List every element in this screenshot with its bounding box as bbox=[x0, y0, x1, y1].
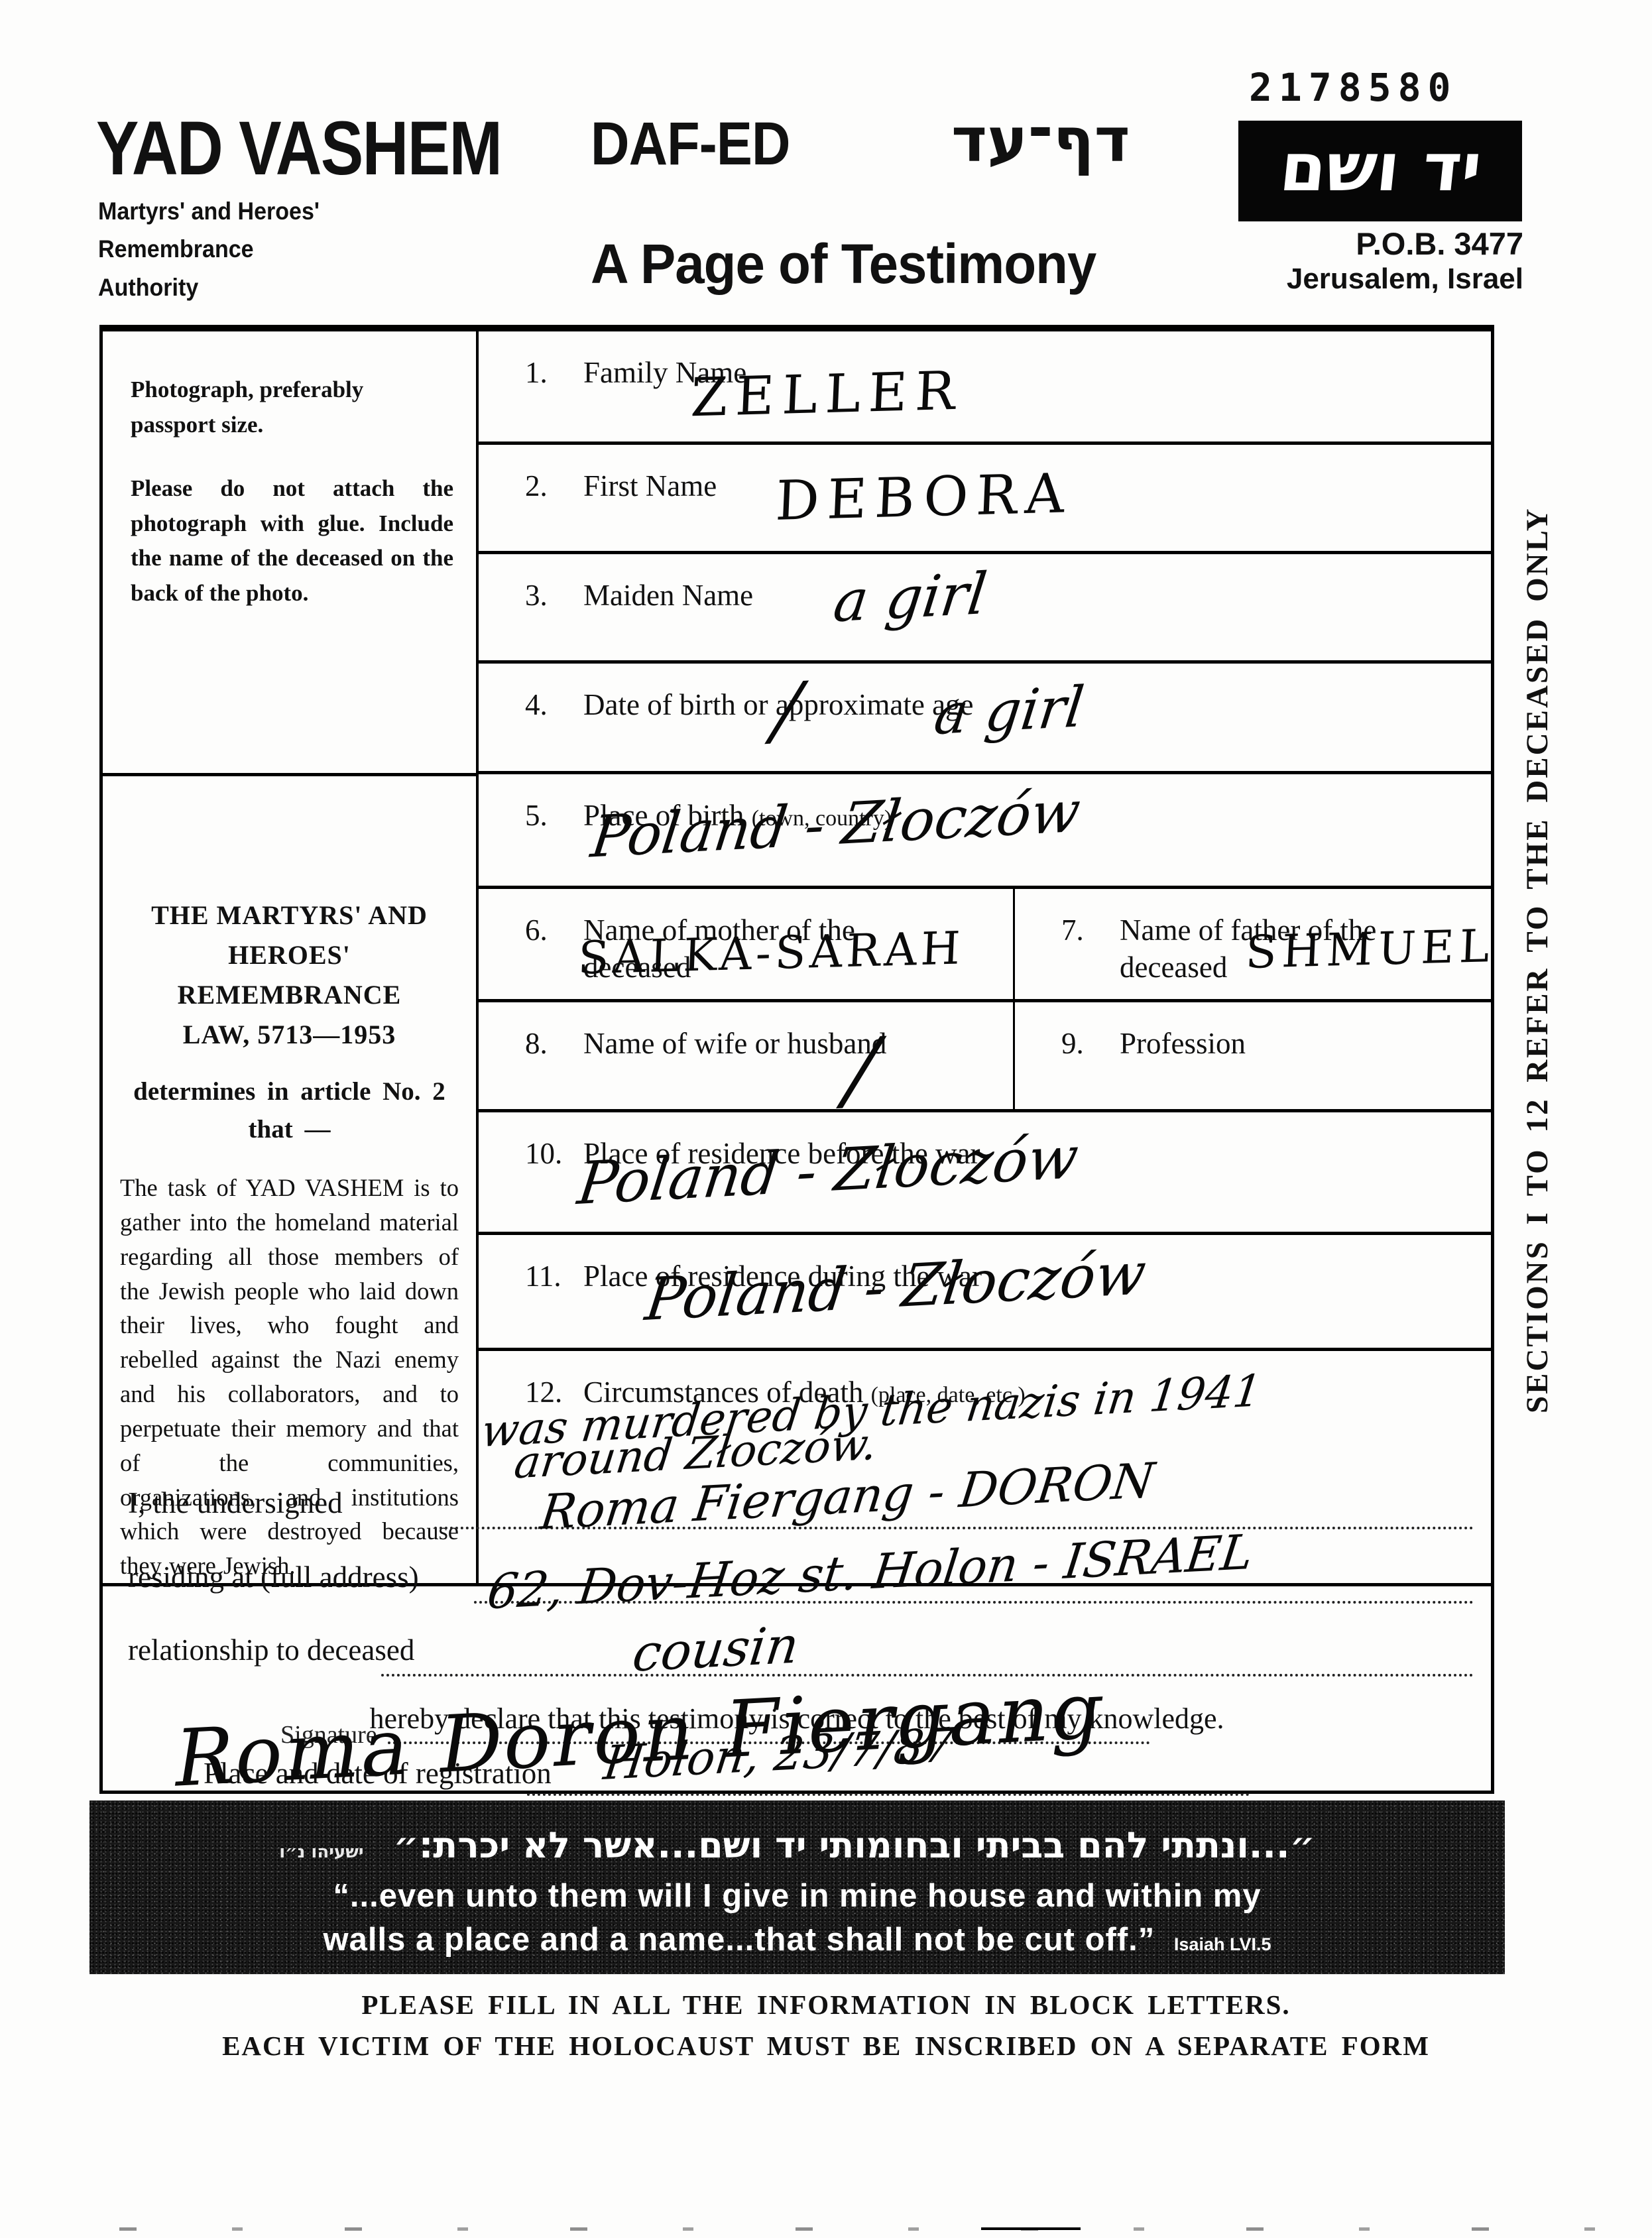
field-number: 10. bbox=[525, 1135, 583, 1172]
handwritten-family-name: ZELLER bbox=[689, 360, 965, 429]
scan-artifact-dashes bbox=[119, 2227, 1612, 2231]
photo-instructions-cell: Photograph, preferably passport size. Pl… bbox=[103, 331, 476, 776]
field-residence-before-war: 10. Place of residence before the war Po… bbox=[479, 1112, 1491, 1235]
handwritten-first-name: DEBORA bbox=[774, 462, 1074, 533]
field-number: 3. bbox=[525, 577, 583, 614]
handwritten-father-name: SHMUEL bbox=[1244, 920, 1496, 979]
org-subtitle: Martyrs' and Heroes' Remembrance Authori… bbox=[98, 192, 320, 306]
banner-english-line2: walls a place and a name...that shall no… bbox=[89, 1921, 1505, 1958]
field-label: First Name bbox=[583, 467, 717, 504]
footer-instruction-2: EACH VICTIM OF THE HOLOCAUST MUST BE INS… bbox=[0, 2030, 1652, 2062]
field-spouse-name: 8. Name of wife or husband / bbox=[479, 1002, 1015, 1109]
yad-vashem-logo: יד ושם bbox=[1238, 121, 1522, 221]
form-left-column: Photograph, preferably passport size. Pl… bbox=[103, 331, 479, 1583]
serial-number: 2178580 bbox=[1249, 65, 1457, 110]
address-label: residing at (full address) bbox=[128, 1560, 419, 1594]
banner-hebrew-line: ״...ונתתי להם בביתי ובחומותי יד ושם...אש… bbox=[89, 1824, 1505, 1866]
field-number: 8. bbox=[525, 1025, 583, 1062]
declaration-section: I, the undersigned Roma Fiergang - DORON… bbox=[99, 1442, 1494, 1794]
org-name: YAD VASHEM bbox=[96, 105, 501, 192]
field-number: 6. bbox=[525, 912, 583, 986]
field-father-name: 7. Name of father of the deceased SHMUEL bbox=[1015, 889, 1491, 999]
field-place-of-birth: 5. Place of birth (town, country) Poland… bbox=[479, 774, 1491, 889]
field-mother-name: 6. Name of mother of the deceased SALKA-… bbox=[479, 889, 1015, 999]
sections-refer-note: SECTIONS I TO 12 REFER TO THE DECEASED O… bbox=[1519, 492, 1555, 1413]
registration-dotted-line bbox=[527, 1793, 1250, 1796]
photo-instruction-1: Photograph, preferably passport size. bbox=[131, 373, 453, 442]
scan-artifact-line bbox=[981, 2227, 1081, 2230]
city-address: Jerusalem, Israel bbox=[1238, 263, 1523, 296]
pob-address: P.O.B. 3477 bbox=[1238, 225, 1523, 262]
field-number: 11. bbox=[525, 1258, 583, 1295]
field-date-of-birth: 4. Date of birth or approximate age / a … bbox=[479, 664, 1491, 774]
handwritten-address: 62, Dov-Hoz st. Holon - ISRAEL bbox=[485, 1523, 1256, 1620]
banner-hebrew-source: ישעיהו נ״ו bbox=[279, 1842, 363, 1862]
page-of-testimony-scan: YAD VASHEM Martyrs' and Heroes' Remembra… bbox=[0, 0, 1652, 2238]
form-code-hebrew: דף־עד bbox=[951, 105, 1130, 176]
handwritten-maiden-name: a girl bbox=[830, 561, 990, 636]
form-code-latin: DAF-ED bbox=[591, 109, 790, 179]
field-profession: 9. Profession bbox=[1015, 1002, 1491, 1109]
field-label: Name of wife or husband bbox=[583, 1025, 886, 1062]
banner-english-source: Isaiah LVI.5 bbox=[1174, 1934, 1271, 1954]
org-subtitle-line: Authority bbox=[98, 268, 320, 306]
scripture-banner: ״...ונתתי להם בביתי ובחומותי יד ושם...אש… bbox=[89, 1800, 1505, 1974]
field-label: Profession bbox=[1120, 1025, 1246, 1062]
handwritten-mother-name: SALKA-SARAH bbox=[577, 922, 965, 984]
field-label: Maiden Name bbox=[583, 577, 753, 614]
field-number: 2. bbox=[525, 467, 583, 504]
form-table: Photograph, preferably passport size. Pl… bbox=[99, 325, 1494, 1586]
field-number: 4. bbox=[525, 686, 583, 723]
banner-hebrew-verse: ״...ונתתי להם בביתי ובחומותי יד ושם...אש… bbox=[393, 1824, 1315, 1866]
banner-english-line1: “...even unto them will I give in mine h… bbox=[89, 1877, 1505, 1914]
page-title: A Page of Testimony bbox=[591, 232, 1096, 296]
handwritten-relationship: cousin bbox=[630, 1615, 802, 1683]
relationship-label: relationship to deceased bbox=[128, 1633, 414, 1667]
field-spouse-profession-row: 8. Name of wife or husband / 9. Professi… bbox=[479, 1002, 1491, 1112]
law-title: THE MARTYRS' AND HEROES' REMEMBRANCE LAW… bbox=[120, 896, 459, 1055]
yad-vashem-logo-text: יד ושם bbox=[1276, 129, 1485, 206]
law-intro: determines in article No. 2 that — bbox=[120, 1073, 459, 1148]
field-parents-row: 6. Name of mother of the deceased SALKA-… bbox=[479, 889, 1491, 1002]
org-subtitle-line: Martyrs' and Heroes' bbox=[98, 192, 320, 230]
field-number: 7. bbox=[1061, 912, 1120, 986]
handwritten-age: a girl bbox=[931, 674, 1087, 748]
field-number: 9. bbox=[1061, 1025, 1120, 1062]
field-maiden-name: 3. Maiden Name a girl bbox=[479, 554, 1491, 664]
org-subtitle-line: Remembrance bbox=[98, 230, 320, 268]
photo-instruction-2: Please do not attach the photograph with… bbox=[131, 471, 453, 611]
field-residence-during-war: 11. Place of residence during the war Po… bbox=[479, 1235, 1491, 1351]
field-family-name: 1. Family Name ZELLER bbox=[479, 331, 1491, 445]
field-circumstances-of-death: 12. Circumstances of death (place, date,… bbox=[479, 1351, 1491, 1442]
field-first-name: 2. First Name DEBORA bbox=[479, 445, 1491, 554]
field-number: 5. bbox=[525, 797, 583, 834]
form-fields-column: 1. Family Name ZELLER 2. First Name DEBO… bbox=[479, 331, 1491, 1583]
scan-artifacts bbox=[119, 2226, 1612, 2231]
undersigned-label: I, the undersigned bbox=[128, 1486, 343, 1520]
field-number: 1. bbox=[525, 354, 583, 391]
footer-instruction-1: PLEASE FILL IN ALL THE INFORMATION IN BL… bbox=[0, 1989, 1652, 2021]
